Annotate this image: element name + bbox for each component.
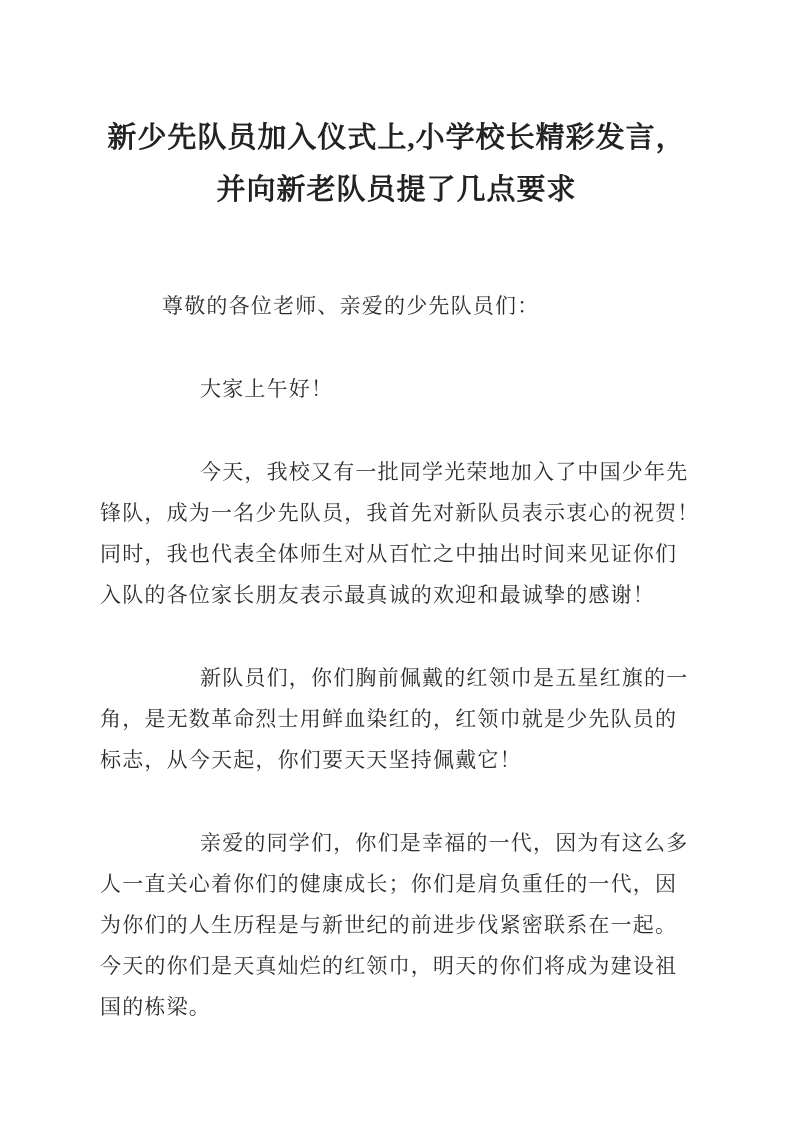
paragraph-generation: 亲爱的同学们，你们是幸福的一代，因为有这么多 人一直关心着你们的健康成长；你们是…: [100, 823, 693, 1028]
text-line: 新队员们，你们胸前佩戴的红领巾是五星红旗的一: [100, 658, 693, 699]
text-line: 为你们的人生历程是与新世纪的前进步伐紧密联系在一起。: [100, 905, 693, 946]
text-line: 尊敬的各位老师、亲爱的少先队员们：: [100, 286, 693, 327]
paragraph-greeting: 大家上午好！: [100, 369, 693, 410]
document-title: 新少先队员加入仪式上,小学校长精彩发言， 并向新老队员提了几点要求: [0, 0, 793, 216]
document-page: 新少先队员加入仪式上,小学校长精彩发言， 并向新老队员提了几点要求 尊敬的各位老…: [0, 0, 793, 1122]
document-body: 尊敬的各位老师、亲爱的少先队员们： 大家上午好！ 今天，我校又有一批同学光荣地加…: [100, 286, 693, 1028]
paragraph-salutation: 尊敬的各位老师、亲爱的少先队员们：: [100, 286, 693, 327]
text-line: 大家上午好！: [100, 369, 693, 410]
text-line: 今天的你们是天真灿烂的红领巾，明天的你们将成为建设祖: [100, 946, 693, 987]
paragraph-red-scarf: 新队员们，你们胸前佩戴的红领巾是五星红旗的一 角，是无数革命烈士用鲜血染红的，红…: [100, 658, 693, 781]
text-line: 入队的各位家长朋友表示最真诚的欢迎和最诚挚的感谢！: [100, 575, 693, 616]
text-line: 锋队，成为一名少先队员，我首先对新队员表示衷心的祝贺！: [100, 493, 693, 534]
text-line: 今天，我校又有一批同学光荣地加入了中国少年先: [100, 452, 693, 493]
text-line: 亲爱的同学们，你们是幸福的一代，因为有这么多: [100, 823, 693, 864]
text-line: 人一直关心着你们的健康成长；你们是肩负重任的一代，因: [100, 864, 693, 905]
title-line-1: 新少先队员加入仪式上,小学校长精彩发言，: [0, 112, 793, 164]
title-line-2: 并向新老队员提了几点要求: [0, 164, 793, 216]
text-line: 角，是无数革命烈士用鲜血染红的，红领巾就是少先队员的: [100, 699, 693, 740]
text-line: 国的栋梁。: [100, 987, 693, 1028]
paragraph-congratulations: 今天，我校又有一批同学光荣地加入了中国少年先 锋队，成为一名少先队员，我首先对新…: [100, 452, 693, 616]
text-line: 标志，从今天起，你们要天天坚持佩戴它！: [100, 740, 693, 781]
text-line: 同时，我也代表全体师生对从百忙之中抽出时间来见证你们: [100, 534, 693, 575]
